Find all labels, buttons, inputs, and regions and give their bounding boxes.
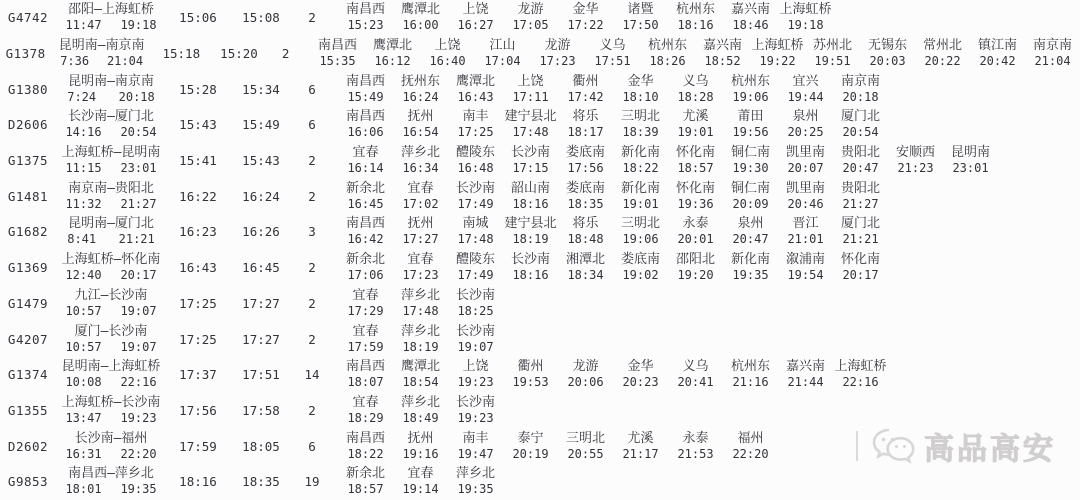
- stop-station: 娄底南 19:02: [613, 252, 668, 283]
- stop-station: 昆明南 23:01: [943, 145, 998, 176]
- stop-station: 萍乡北 18:19: [393, 324, 448, 355]
- dest-arrive-time: 21:21: [119, 232, 155, 247]
- station-name: 建宁县北: [504, 216, 557, 232]
- stop-station: 泉州 20:25: [778, 109, 833, 140]
- station-name: 厦门北: [834, 109, 887, 125]
- stop-station: 镇江南 20:42: [970, 38, 1025, 69]
- station-name: 嘉兴南: [779, 359, 832, 375]
- station-time: 18:16: [504, 197, 557, 212]
- station-time: 18:16: [504, 268, 557, 283]
- stop-station: 邵阳北 19:20: [668, 252, 723, 283]
- origin-depart-time: 7:36: [60, 54, 89, 69]
- route-name: 长沙南—福州: [56, 431, 166, 447]
- stop-station: 新余北 17:06: [338, 252, 393, 283]
- station-name: 新余北: [339, 466, 392, 482]
- station-time: 19:35: [449, 482, 502, 497]
- station-time: 20:09: [724, 197, 777, 212]
- station-time: 18:34: [559, 268, 612, 283]
- station-name: 鹰潭北: [394, 2, 447, 18]
- station-time: 21:53: [669, 447, 722, 462]
- station-name: 长沙南: [504, 145, 557, 161]
- station-time: 23:01: [944, 161, 997, 176]
- train-row[interactable]: G1369 上海虹桥—怀化南 12:40 20:17 16:43 16:45 2…: [0, 250, 1080, 286]
- route-times: 12:40 20:17: [56, 268, 166, 283]
- stop-duration-minutes: 2: [292, 143, 332, 179]
- stop-station: 凯里南 20:07: [778, 145, 833, 176]
- station-time: 18:22: [614, 161, 667, 176]
- station-name: 三明北: [614, 109, 667, 125]
- station-time: 16:14: [339, 161, 392, 176]
- route-times: 18:01 19:35: [56, 482, 166, 497]
- station-name: 南昌西: [339, 2, 392, 18]
- station-name: 鹰潭北: [366, 38, 419, 54]
- station-time: 20:41: [669, 375, 722, 390]
- station-time: 16:24: [394, 90, 447, 105]
- station-time: 18:52: [696, 54, 749, 69]
- station-time: 17:59: [339, 340, 392, 355]
- route-times: 10:57 19:07: [56, 304, 166, 319]
- stop-station: 抚州 17:27: [393, 216, 448, 247]
- station-time: 17:27: [394, 232, 447, 247]
- stop-station: 长沙南 19:23: [448, 395, 503, 426]
- origin-depart-time: 7:24: [67, 90, 96, 105]
- station-name: 溆浦南: [779, 252, 832, 268]
- stop-station: 宜春 17:29: [338, 288, 393, 319]
- train-number: G4207: [0, 321, 56, 357]
- stop-station: 三明北 20:55: [558, 431, 613, 462]
- origin-depart-time: 10:57: [65, 304, 101, 319]
- station-time: 17:02: [394, 197, 447, 212]
- stop-station: 鹰潭北 18:54: [393, 359, 448, 390]
- dest-arrive-time: 22:16: [120, 375, 156, 390]
- train-number: G4742: [0, 0, 56, 36]
- watermark: 高品高安: [856, 424, 1056, 468]
- train-row[interactable]: G1380 昆明南—南京南 7:24 20:18 15:28 15:34 6 南…: [0, 71, 1080, 107]
- station-name: 上海虹桥: [834, 359, 887, 375]
- stop-station: 怀化南 19:36: [668, 181, 723, 212]
- station-time: 19:44: [779, 90, 832, 105]
- stop-station: 上海虹桥 22:16: [833, 359, 888, 390]
- stop-station: 铜仁南 19:30: [723, 145, 778, 176]
- station-time: 17:22: [559, 18, 612, 33]
- train-number: G1682: [0, 214, 56, 250]
- station-name: 将乐: [559, 216, 612, 232]
- station-name: 泉州: [724, 216, 777, 232]
- station-name: 凯里南: [779, 181, 832, 197]
- station-name: 上饶: [449, 359, 502, 375]
- stop-duration-minutes: 2: [267, 36, 304, 72]
- stop-station: 晋江 21:01: [778, 216, 833, 247]
- station-name: 龙游: [531, 38, 584, 54]
- station-time: 17:48: [504, 125, 557, 140]
- station-time: 17:56: [559, 161, 612, 176]
- train-row[interactable]: G1682 昆明南—厦门北 8:41 21:21 16:23 16:26 3 南…: [0, 214, 1080, 250]
- station-name: 邵阳北: [669, 252, 722, 268]
- depart-time: 15:34: [230, 71, 292, 107]
- station-name: 鹰潭北: [394, 359, 447, 375]
- arrive-time: 17:25: [166, 321, 230, 357]
- station-time: 19:23: [449, 375, 502, 390]
- stop-station: 龙游 20:06: [558, 359, 613, 390]
- depart-time: 16:24: [230, 178, 292, 214]
- route-times: 7:24 20:18: [56, 90, 166, 105]
- stop-station: 尤溪 19:01: [668, 109, 723, 140]
- train-row[interactable]: G1375 上海虹桥—昆明南 11:15 23:01 15:41 15:43 2…: [0, 143, 1080, 179]
- station-time: 20:18: [834, 90, 887, 105]
- station-name: 上饶: [421, 38, 474, 54]
- route-name: 上海虹桥—怀化南: [56, 252, 166, 268]
- stop-duration-minutes: 2: [292, 321, 332, 357]
- station-time: 18:17: [559, 125, 612, 140]
- train-number: G1375: [0, 143, 56, 179]
- train-route: 上海虹桥—昆明南 11:15 23:01: [56, 143, 166, 179]
- station-name: 上饶: [504, 74, 557, 90]
- station-time: 19:20: [669, 268, 722, 283]
- station-time: 18:29: [339, 411, 392, 426]
- station-name: 萍乡北: [394, 288, 447, 304]
- arrive-time: 15:28: [166, 71, 230, 107]
- route-times: 10:08 22:16: [56, 375, 166, 390]
- stop-station: 娄底南 17:56: [558, 145, 613, 176]
- station-name: 新余北: [339, 252, 392, 268]
- station-name: 长沙南: [449, 288, 502, 304]
- route-name: 昆明南—南京南: [51, 38, 152, 54]
- stop-station: 抚州 19:16: [393, 431, 448, 462]
- station-time: 18:48: [559, 232, 612, 247]
- stop-station: 南城 17:48: [448, 216, 503, 247]
- station-time: 19:01: [614, 197, 667, 212]
- stop-station: 上海虹桥 19:18: [778, 2, 833, 33]
- station-time: 19:54: [779, 268, 832, 283]
- depart-time: 15:43: [230, 143, 292, 179]
- station-name: 尤溪: [669, 109, 722, 125]
- station-time: 16:40: [421, 54, 474, 69]
- stop-duration-minutes: 2: [292, 0, 332, 36]
- station-time: 19:36: [669, 197, 722, 212]
- station-name: 将乐: [559, 109, 612, 125]
- station-time: 16:27: [449, 18, 502, 33]
- depart-time: 15:20: [211, 36, 268, 72]
- station-time: 20:19: [504, 447, 557, 462]
- train-row[interactable]: G1481 南京南—贵阳北 11:32 21:27 16:22 16:24 2 …: [0, 178, 1080, 214]
- station-name: 南昌西: [339, 431, 392, 447]
- station-time: 20:07: [779, 161, 832, 176]
- stop-station: 长沙南 18:16: [503, 252, 558, 283]
- stop-station: 新化南 18:22: [613, 145, 668, 176]
- arrive-time: 16:23: [166, 214, 230, 250]
- stop-station: 龙游 17:23: [530, 38, 585, 69]
- station-name: 萍乡北: [449, 466, 502, 482]
- station-time: 20:54: [834, 125, 887, 140]
- arrive-time: 18:16: [166, 464, 230, 500]
- station-time: 20:22: [916, 54, 969, 69]
- station-name: 金华: [614, 359, 667, 375]
- stop-station: 衢州 17:42: [558, 74, 613, 105]
- arrive-time: 15:43: [166, 107, 230, 143]
- train-row[interactable]: G1355 上海虹桥—长沙南 13:47 19:23 17:56 17:58 2…: [0, 393, 1080, 429]
- train-route: 上海虹桥—怀化南 12:40 20:17: [56, 250, 166, 286]
- dest-arrive-time: 21:04: [107, 54, 143, 69]
- station-name: 新化南: [614, 145, 667, 161]
- route-name: 昆明南—厦门北: [56, 216, 166, 232]
- station-time: 16:34: [394, 161, 447, 176]
- wechat-icon: [872, 427, 916, 465]
- arrive-time: 16:22: [166, 178, 230, 214]
- stop-station: 福州 22:20: [723, 431, 778, 462]
- train-route: 上海虹桥—长沙南 13:47 19:23: [56, 393, 166, 429]
- station-name: 义乌: [669, 359, 722, 375]
- train-row[interactable]: D2606 长沙南—厦门北 14:16 20:54 15:43 15:49 6 …: [0, 107, 1080, 143]
- stop-station: 宜兴 19:44: [778, 74, 833, 105]
- stop-station: 金华 18:10: [613, 74, 668, 105]
- train-number: D2606: [0, 107, 56, 143]
- station-time: 17:50: [614, 18, 667, 33]
- train-route: 邵阳—上海虹桥 11:47 19:18: [56, 0, 166, 36]
- station-time: 20:47: [724, 232, 777, 247]
- station-time: 20:06: [559, 375, 612, 390]
- stop-list: 南昌西 16:06 抚州 16:54 南丰 17:25 建宁县北 17:48 将…: [332, 107, 1080, 143]
- stop-station: 上饶 19:23: [448, 359, 503, 390]
- station-name: 抚州: [394, 216, 447, 232]
- stop-station: 宜春 17:59: [338, 324, 393, 355]
- origin-depart-time: 11:32: [65, 197, 101, 212]
- stop-station: 上饶 17:11: [503, 74, 558, 105]
- station-time: 17:48: [394, 304, 447, 319]
- station-time: 17:06: [339, 268, 392, 283]
- stop-station: 义乌 20:41: [668, 359, 723, 390]
- station-name: 泰宁: [504, 431, 557, 447]
- stop-station: 南京南 21:04: [1025, 38, 1080, 69]
- station-name: 长沙南: [449, 395, 502, 411]
- station-time: 18:49: [394, 411, 447, 426]
- depart-time: 18:05: [230, 428, 292, 464]
- station-name: 新化南: [724, 252, 777, 268]
- station-time: 15:35: [311, 54, 364, 69]
- arrive-time: 16:43: [166, 250, 230, 286]
- station-name: 湘潭北: [559, 252, 612, 268]
- stop-station: 南昌西 18:07: [338, 359, 393, 390]
- route-name: 长沙南—厦门北: [56, 109, 166, 125]
- station-name: 杭州东: [641, 38, 694, 54]
- stop-station: 建宁县北 17:48: [503, 109, 558, 140]
- stop-station: 金华 20:23: [613, 359, 668, 390]
- station-time: 17:23: [394, 268, 447, 283]
- stop-station: 三明北 19:06: [613, 216, 668, 247]
- station-name: 贵阳北: [834, 181, 887, 197]
- stop-station: 南丰 17:25: [448, 109, 503, 140]
- station-time: 16:42: [339, 232, 392, 247]
- stop-duration-minutes: 19: [292, 464, 332, 500]
- station-name: 凯里南: [779, 145, 832, 161]
- station-time: 18:28: [669, 90, 722, 105]
- stop-station: 怀化南 18:57: [668, 145, 723, 176]
- station-time: 17:42: [559, 90, 612, 105]
- route-times: 14:16 20:54: [56, 125, 166, 140]
- route-name: 昆明南—南京南: [56, 74, 166, 90]
- dest-arrive-time: 19:18: [120, 18, 156, 33]
- train-route: 昆明南—南京南 7:36 21:04: [51, 36, 152, 72]
- station-time: 20:55: [559, 447, 612, 462]
- stop-station: 凯里南 20:46: [778, 181, 833, 212]
- station-name: 安顺西: [889, 145, 942, 161]
- station-name: 铜仁南: [724, 181, 777, 197]
- station-time: 19:30: [724, 161, 777, 176]
- route-times: 13:47 19:23: [56, 411, 166, 426]
- station-name: 建宁县北: [504, 109, 557, 125]
- station-name: 上海虹桥: [779, 2, 832, 18]
- station-name: 尤溪: [614, 431, 667, 447]
- stop-station: 萍乡北 19:35: [448, 466, 503, 497]
- train-number: G1481: [0, 178, 56, 214]
- station-time: 22:16: [834, 375, 887, 390]
- origin-depart-time: 14:16: [65, 125, 101, 140]
- station-name: 怀化南: [669, 145, 722, 161]
- train-route: 长沙南—厦门北 14:16 20:54: [56, 107, 166, 143]
- stop-station: 宜春 17:23: [393, 252, 448, 283]
- station-name: 义乌: [586, 38, 639, 54]
- stop-list: 南昌西 15:35 鹰潭北 16:12 上饶 16:40 江山 17:04 龙游…: [304, 36, 1080, 72]
- station-name: 金华: [614, 74, 667, 90]
- station-time: 18:10: [614, 90, 667, 105]
- station-time: 20:23: [614, 375, 667, 390]
- stop-list: 宜春 16:14 萍乡北 16:34 醴陵东 16:48 长沙南 17:15 娄…: [332, 143, 1080, 179]
- stop-station: 宜春 17:02: [393, 181, 448, 212]
- station-time: 18:25: [449, 304, 502, 319]
- station-name: 宜春: [394, 466, 447, 482]
- stop-station: 新化南 19:01: [613, 181, 668, 212]
- stop-station: 南昌西 18:22: [338, 431, 393, 462]
- station-time: 19:02: [614, 268, 667, 283]
- stop-list: 南昌西 15:49 抚州东 16:24 鹰潭北 16:43 上饶 17:11 衢…: [332, 71, 1080, 107]
- stop-list: 宜春 17:59 萍乡北 18:19 长沙南 19:07: [332, 321, 1080, 357]
- route-times: 11:15 23:01: [56, 161, 166, 176]
- stop-station: 嘉兴南 18:52: [695, 38, 750, 69]
- station-time: 16:00: [394, 18, 447, 33]
- stop-station: 诸暨 17:50: [613, 2, 668, 33]
- station-name: 南京南: [1026, 38, 1079, 54]
- route-times: 10:57 19:07: [56, 340, 166, 355]
- station-time: 20:25: [779, 125, 832, 140]
- train-row[interactable]: G9853 南昌西—萍乡北 18:01 19:35 18:16 18:35 19…: [0, 464, 1080, 500]
- station-name: 萍乡北: [394, 395, 447, 411]
- origin-depart-time: 10:57: [65, 340, 101, 355]
- train-route: 南京南—贵阳北 11:32 21:27: [56, 178, 166, 214]
- station-time: 18:35: [559, 197, 612, 212]
- station-time: 18:39: [614, 125, 667, 140]
- station-name: 宜兴: [779, 74, 832, 90]
- station-time: 15:23: [339, 18, 392, 33]
- station-name: 昆明南: [944, 145, 997, 161]
- station-name: 娄底南: [559, 145, 612, 161]
- stop-station: 醴陵东 17:49: [448, 252, 503, 283]
- station-time: 17:49: [449, 197, 502, 212]
- train-number: G1374: [0, 357, 56, 393]
- train-row[interactable]: G1479 九江—长沙南 10:57 19:07 17:25 17:27 2 宜…: [0, 286, 1080, 322]
- station-name: 杭州东: [724, 359, 777, 375]
- train-row[interactable]: G4207 厦门—长沙南 10:57 19:07 17:25 17:27 2 宜…: [0, 321, 1080, 357]
- station-name: 宜春: [339, 288, 392, 304]
- stop-duration-minutes: 2: [292, 178, 332, 214]
- station-time: 18:46: [724, 18, 777, 33]
- depart-time: 17:51: [230, 357, 292, 393]
- origin-depart-time: 12:40: [65, 268, 101, 283]
- stop-station: 南昌西 16:42: [338, 216, 393, 247]
- station-time: 16:12: [366, 54, 419, 69]
- station-name: 上饶: [449, 2, 502, 18]
- station-time: 20:03: [861, 54, 914, 69]
- route-times: 11:47 19:18: [56, 18, 166, 33]
- train-route: 南昌西—萍乡北 18:01 19:35: [56, 464, 166, 500]
- stop-station: 嘉兴南 21:44: [778, 359, 833, 390]
- station-name: 宜春: [394, 181, 447, 197]
- stop-duration-minutes: 6: [292, 71, 332, 107]
- station-name: 南昌西: [339, 74, 392, 90]
- station-time: 17:29: [339, 304, 392, 319]
- watermark-divider: [856, 431, 858, 461]
- depart-time: 17:27: [230, 321, 292, 357]
- stop-duration-minutes: 14: [292, 357, 332, 393]
- station-time: 17:04: [476, 54, 529, 69]
- station-time: 21:16: [724, 375, 777, 390]
- station-name: 醴陵东: [449, 252, 502, 268]
- station-time: 17:05: [504, 18, 557, 33]
- dest-arrive-time: 19:35: [120, 482, 156, 497]
- stop-station: 宜春 19:14: [393, 466, 448, 497]
- depart-time: 16:26: [230, 214, 292, 250]
- train-row[interactable]: G1374 昆明南—上海虹桥 10:08 22:16 17:37 17:51 1…: [0, 357, 1080, 393]
- route-name: 南京南—贵阳北: [56, 181, 166, 197]
- station-name: 常州北: [916, 38, 969, 54]
- stop-station: 杭州东 21:16: [723, 359, 778, 390]
- stop-list: 南昌西 15:23 鹰潭北 16:00 上饶 16:27 龙游 17:05 金华…: [332, 0, 1080, 36]
- station-time: 21:17: [614, 447, 667, 462]
- station-time: 19:06: [614, 232, 667, 247]
- route-name: 厦门—长沙南: [56, 324, 166, 340]
- station-name: 宜春: [339, 145, 392, 161]
- arrive-time: 17:37: [166, 357, 230, 393]
- station-name: 南昌西: [311, 38, 364, 54]
- station-time: 18:26: [641, 54, 694, 69]
- stop-station: 南京南 20:18: [833, 74, 888, 105]
- station-name: 福州: [724, 431, 777, 447]
- station-time: 16:43: [449, 90, 502, 105]
- stop-station: 上饶 16:27: [448, 2, 503, 33]
- station-time: 16:45: [339, 197, 392, 212]
- stop-station: 永泰 20:01: [668, 216, 723, 247]
- stop-station: 宜春 18:29: [338, 395, 393, 426]
- station-name: 铜仁南: [724, 145, 777, 161]
- station-time: 22:20: [724, 447, 777, 462]
- stop-station: 长沙南 17:49: [448, 181, 503, 212]
- station-time: 21:44: [779, 375, 832, 390]
- station-time: 20:01: [669, 232, 722, 247]
- station-name: 金华: [559, 2, 612, 18]
- stop-station: 金华 17:22: [558, 2, 613, 33]
- train-row[interactable]: G1378 昆明南—南京南 7:36 21:04 15:18 15:20 2 南…: [0, 36, 1080, 72]
- depart-time: 15:08: [230, 0, 292, 36]
- train-number: G9853: [0, 464, 56, 500]
- stop-station: 新余北 18:57: [338, 466, 393, 497]
- train-row[interactable]: G4742 邵阳—上海虹桥 11:47 19:18 15:06 15:08 2 …: [0, 0, 1080, 36]
- station-name: 长沙南: [449, 181, 502, 197]
- station-name: 长沙南: [504, 252, 557, 268]
- station-time: 21:01: [779, 232, 832, 247]
- station-name: 苏州北: [806, 38, 859, 54]
- station-name: 南昌西: [339, 216, 392, 232]
- station-time: 17:23: [531, 54, 584, 69]
- stop-station: 怀化南 20:17: [833, 252, 888, 283]
- stop-duration-minutes: 2: [292, 393, 332, 429]
